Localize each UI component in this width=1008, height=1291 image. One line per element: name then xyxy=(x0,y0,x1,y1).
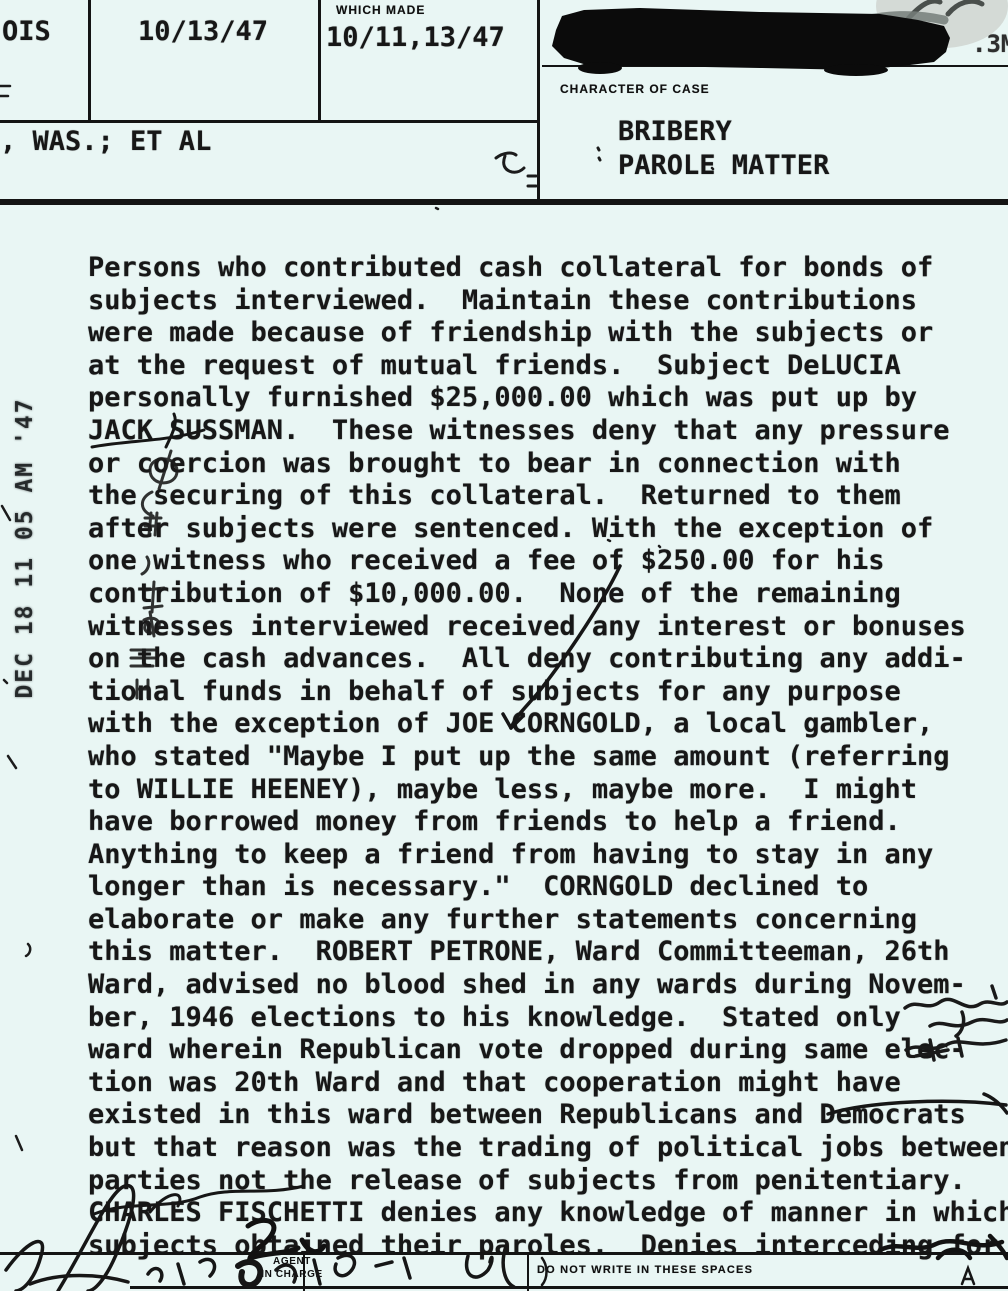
scanned-document-page: OIS 10/13/47 WHICH MADE 10/11,13/47 , WA… xyxy=(0,0,1008,1291)
office-fragment: OIS xyxy=(2,16,51,49)
agent-in-charge-label: AGENT IN CHARGE xyxy=(246,1255,338,1281)
received-date-stamp: DEC 18 11 05 AM '47 xyxy=(12,397,38,698)
redaction-edge-text: .3M xyxy=(972,28,1008,61)
header-cell-divider-1 xyxy=(88,0,91,122)
header-cell-divider-2 xyxy=(318,0,321,122)
footer-bottom-rule xyxy=(130,1286,1008,1289)
redaction-underline-rule xyxy=(542,65,1008,67)
header-center-divider xyxy=(537,0,540,202)
period-value: 10/11,13/47 xyxy=(326,22,505,55)
character-of-case-label: CHARACTER OF CASE xyxy=(560,82,710,96)
agent-label-line2: IN CHARGE xyxy=(246,1268,338,1281)
case-title-fragment: , WAS.; ET AL xyxy=(0,126,211,159)
period-label: WHICH MADE xyxy=(336,3,425,17)
agent-label-line1: AGENT xyxy=(246,1255,338,1268)
footer-right-mark xyxy=(962,1268,974,1284)
header-date-value: 10/13/47 xyxy=(138,16,268,49)
character-line2: PAROLE MATTER xyxy=(618,150,829,183)
header-left-rule xyxy=(0,120,540,123)
report-body-text: Persons who contributed cash collateral … xyxy=(88,252,1008,1262)
character-line1: BRIBERY xyxy=(618,116,732,149)
header-pen-marks xyxy=(496,148,600,186)
footer-top-rule xyxy=(0,1252,1008,1255)
do-not-write-label: DO NOT WRITE IN THESE SPACES xyxy=(537,1264,753,1276)
header-bottom-divider xyxy=(0,199,1008,205)
